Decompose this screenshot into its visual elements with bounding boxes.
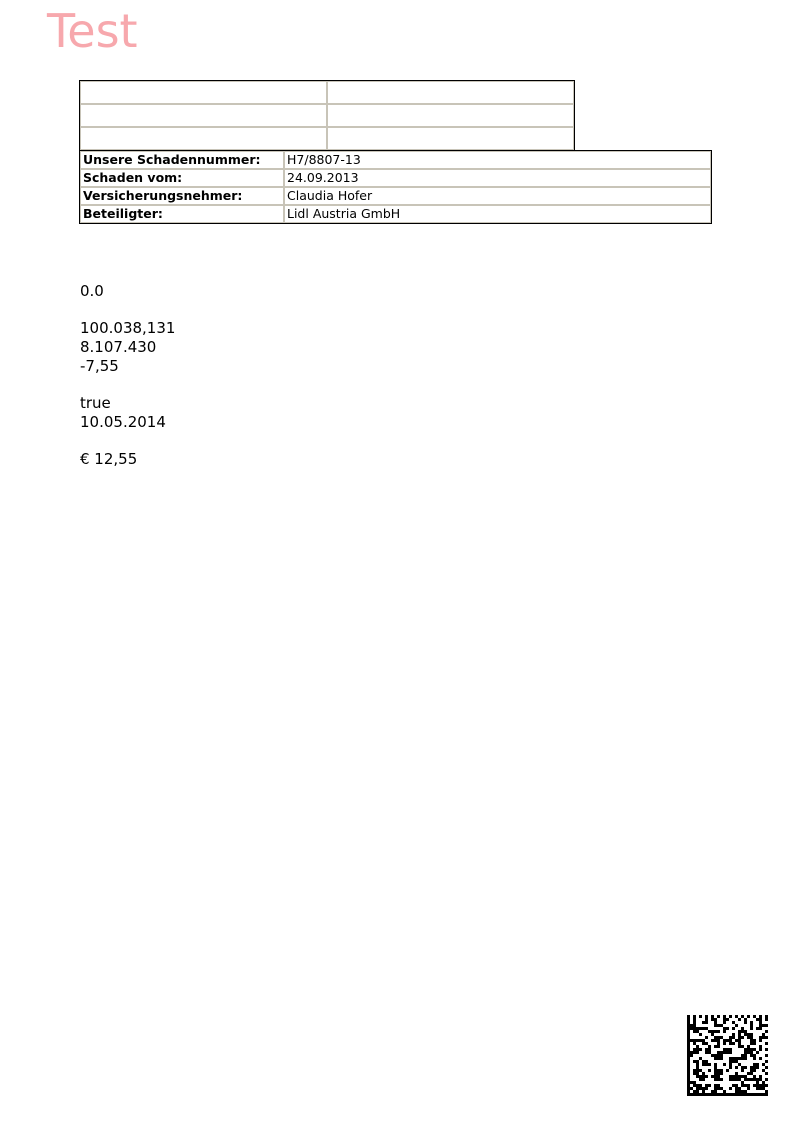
claim-number-value: H7/8807-13 (284, 151, 711, 169)
table-cell (327, 81, 574, 104)
claim-number-label: Unsere Schadennummer: (80, 151, 284, 169)
value-line: -7,55 (80, 357, 175, 376)
value-line: 0.0 (80, 282, 175, 301)
data-matrix-icon (687, 1015, 768, 1096)
table-cell (327, 104, 574, 127)
value-line: 100.038,131 (80, 319, 175, 338)
table-row: Schaden vom: 24.09.2013 (80, 169, 711, 187)
policyholder-value: Claudia Hofer (284, 187, 711, 205)
value-line: € 12,55 (80, 450, 175, 469)
damage-date-value: 24.09.2013 (284, 169, 711, 187)
table-row (80, 127, 574, 150)
table-row: Versicherungsnehmer: Claudia Hofer (80, 187, 711, 205)
value-line: true (80, 394, 175, 413)
table-cell (80, 104, 327, 127)
header-table (79, 80, 575, 151)
policyholder-label: Versicherungsnehmer: (80, 187, 284, 205)
table-cell (80, 81, 327, 104)
values-block: 0.0 100.038,131 8.107.430 -7,55 true 10.… (80, 282, 175, 469)
damage-date-label: Schaden vom: (80, 169, 284, 187)
table-row: Unsere Schadennummer: H7/8807-13 (80, 151, 711, 169)
table-row (80, 104, 574, 127)
table-row: Beteiligter: Lidl Austria GmbH (80, 205, 711, 223)
party-value: Lidl Austria GmbH (284, 205, 711, 223)
table-cell (327, 127, 574, 150)
value-line: 10.05.2014 (80, 413, 175, 432)
table-row (80, 81, 574, 104)
claim-info-table: Unsere Schadennummer: H7/8807-13 Schaden… (79, 150, 712, 224)
table-cell (80, 127, 327, 150)
value-line: 8.107.430 (80, 338, 175, 357)
watermark-text: Test (47, 8, 138, 54)
party-label: Beteiligter: (80, 205, 284, 223)
